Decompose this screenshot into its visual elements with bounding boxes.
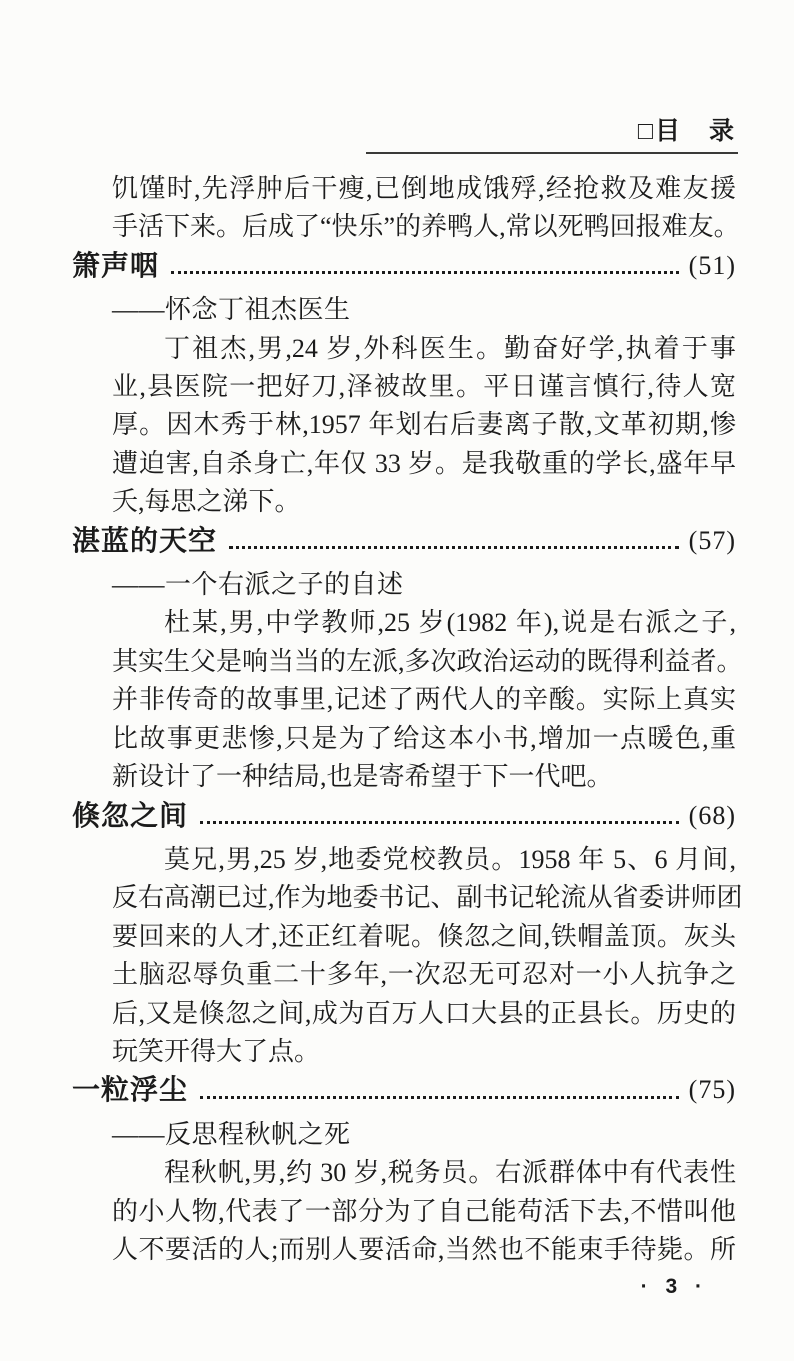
toc-entry-description: 杜某,男,中学教师,25 岁(1982 年),说是右派之子,其实生父是响当当的左… — [112, 604, 736, 796]
description-line: 其实生父是响当当的左派,多次政治运动的既得利益者。 — [112, 643, 736, 681]
toc-entry-description: 程秋帆,男,约 30 岁,税务员。右派群体中有代表性的小人物,代表了一部分为了自… — [112, 1154, 736, 1269]
description-line: 丁祖杰,男,24 岁,外科医生。勤奋好学,执着于事 — [112, 330, 736, 368]
toc-entry-description: 莫兄,男,25 岁,地委党校教员。1958 年 5、6 月间,反右高潮已过,作为… — [112, 841, 736, 1071]
description-line: 反右高潮已过,作为地委书记、副书记轮流从省委讲师团 — [112, 879, 736, 917]
description-line: 比故事更悲惨,只是为了给这本小书,增加一点暖色,重 — [112, 720, 736, 758]
description-line: 人不要活的人;而别人要活命,当然也不能束手待毙。所 — [112, 1231, 736, 1269]
description-line: 程秋帆,男,约 30 岁,税务员。右派群体中有代表性 — [112, 1154, 736, 1192]
description-line: 厚。因木秀于林,1957 年划右后妻离子散,文革初期,惨 — [112, 406, 736, 444]
toc-entry-subtitle: ——怀念丁祖杰医生 — [112, 291, 736, 329]
description-line: 遭迫害,自杀身亡,年仅 33 岁。是我敬重的学长,盛年早 — [112, 445, 736, 483]
toc-entry-title: 湛蓝的天空 — [72, 522, 217, 560]
description-line: 后,又是倏忽之间,成为百万人口大县的正县长。历史的 — [112, 995, 736, 1033]
toc-entry-description: 丁祖杰,男,24 岁,外科医生。勤奋好学,执着于事业,县医院一把好刀,泽被故里。… — [112, 330, 736, 522]
description-line: 新设计了一种结局,也是寄希望于下一代吧。 — [112, 758, 736, 796]
toc-entry: 倏忽之间 (68) 莫兄,男,25 岁,地委党校教员。1958 年 5、6 月间… — [72, 797, 736, 1072]
description-line: 并非传奇的故事里,记述了两代人的辛酸。实际上真实 — [112, 681, 736, 719]
toc-entry: 湛蓝的天空 (57) ——一个右派之子的自述 杜某,男,中学教师,25 岁(19… — [72, 522, 736, 797]
description-line: 莫兄,男,25 岁,地委党校教员。1958 年 5、6 月间, — [112, 841, 736, 879]
running-head: □目 录 — [366, 118, 738, 154]
toc-entry-page-number: (51) — [689, 247, 736, 285]
page-number-folio: · 3 · — [641, 1275, 708, 1299]
toc-entry: 箫声咽 (51) ——怀念丁祖杰医生 丁祖杰,男,24 岁,外科医生。勤奋好学,… — [72, 247, 736, 522]
description-line: 玩笑开得大了点。 — [112, 1033, 736, 1071]
toc-entry-heading: 一粒浮尘 (75) — [72, 1071, 736, 1109]
toc-entry: 饥馑时,先浮肿后干瘦,已倒地成饿殍,经抢救及难友援手活下来。后成了“快乐”的养鸭… — [72, 170, 736, 247]
toc-entry-title: 倏忽之间 — [72, 797, 188, 835]
toc-entry-subtitle: ——反思程秋帆之死 — [112, 1116, 736, 1154]
description-line: 要回来的人才,还正红着呢。倏忽之间,铁帽盖顶。灰头 — [112, 918, 736, 956]
description-line: 夭,每思之涕下。 — [112, 483, 736, 521]
toc-entry-title: 箫声咽 — [72, 247, 159, 285]
book-page: □目 录 饥馑时,先浮肿后干瘦,已倒地成饿殍,经抢救及难友援手活下来。后成了“快… — [0, 0, 794, 1361]
toc-entry-page-number: (68) — [689, 797, 736, 835]
toc-entry-title: 一粒浮尘 — [72, 1071, 188, 1109]
toc-entry-heading: 湛蓝的天空 (57) — [72, 522, 736, 560]
description-line: 的小人物,代表了一部分为了自己能苟活下去,不惜叫他 — [112, 1193, 736, 1231]
toc-entry-subtitle: ——一个右派之子的自述 — [112, 566, 736, 604]
running-head-rule — [366, 152, 738, 154]
toc-entry-description: 饥馑时,先浮肿后干瘦,已倒地成饿殍,经抢救及难友援手活下来。后成了“快乐”的养鸭… — [112, 170, 736, 247]
toc-entry-heading: 倏忽之间 (68) — [72, 797, 736, 835]
dot-leader — [171, 271, 679, 274]
description-line: 手活下来。后成了“快乐”的养鸭人,常以死鸭回报难友。 — [112, 208, 736, 246]
toc-entry-page-number: (75) — [689, 1071, 736, 1109]
running-head-title: □目 录 — [638, 118, 738, 146]
description-line: 土脑忍辱负重二十多年,一次忍无可忍对一小人抗争之 — [112, 956, 736, 994]
description-line: 饥馑时,先浮肿后干瘦,已倒地成饿殍,经抢救及难友援 — [112, 170, 736, 208]
toc-entries: 饥馑时,先浮肿后干瘦,已倒地成饿殍,经抢救及难友援手活下来。后成了“快乐”的养鸭… — [72, 170, 736, 1269]
toc-entry-page-number: (57) — [689, 522, 736, 560]
dot-leader — [229, 546, 679, 549]
description-line: 杜某,男,中学教师,25 岁(1982 年),说是右派之子, — [112, 604, 736, 642]
toc-entry: 一粒浮尘 (75) ——反思程秋帆之死 程秋帆,男,约 30 岁,税务员。右派群… — [72, 1071, 736, 1269]
dot-leader — [200, 821, 679, 824]
toc-entry-heading: 箫声咽 (51) — [72, 247, 736, 285]
dot-leader — [200, 1096, 679, 1099]
description-line: 业,县医院一把好刀,泽被故里。平日谨言慎行,待人宽 — [112, 368, 736, 406]
